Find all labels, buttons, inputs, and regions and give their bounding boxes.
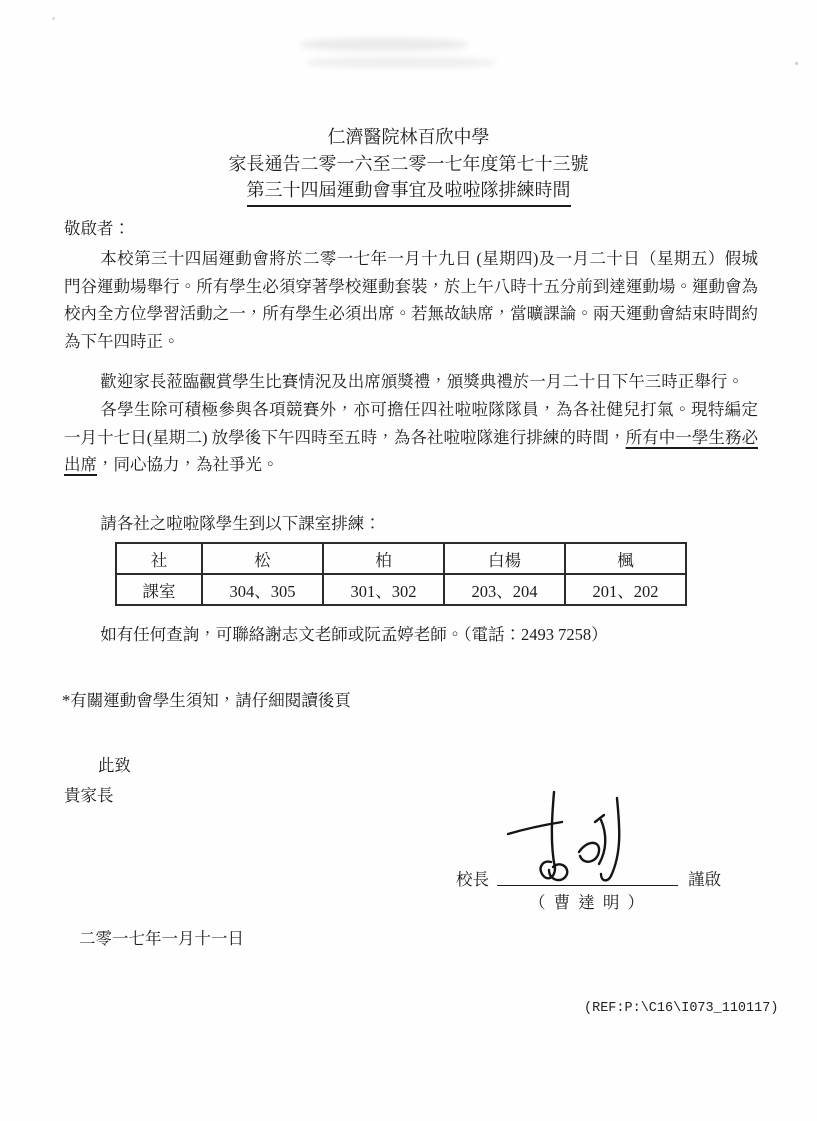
table-intro: 請各社之啦啦隊學生到以下課室排練： — [64, 510, 758, 538]
notice-header: 仁濟醫院林百欣中學 家長通告二零一六至二零一七年度第七十三號 第三十四屆運動會事… — [0, 124, 817, 207]
closing-this-to: 此致 — [98, 752, 131, 780]
principal-label: 校長 — [456, 866, 489, 894]
table-header-pine: 松 — [202, 543, 323, 574]
signature-line — [497, 868, 678, 886]
scan-smudge — [300, 38, 468, 51]
cheerleading-text-after: ，同心協力，為社爭光。 — [97, 455, 279, 474]
salutation: 敬啟者： — [64, 215, 130, 243]
paragraph-cheerleading: 各學生除可積極參與各項競賽外，亦可擔任四社啦啦隊隊員，為各社健兒打氣。現特編定一… — [64, 396, 758, 479]
table-cell-rooms-poplar: 203、204 — [444, 574, 565, 605]
scanned-notice-page: 仁濟醫院林百欣中學 家長通告二零一六至二零一七年度第七十三號 第三十四屆運動會事… — [0, 0, 817, 1121]
scan-smudge — [306, 57, 496, 68]
notice-date: 二零一七年一月十一日 — [79, 925, 244, 953]
enquiry-line: 如有任何查詢，可聯絡謝志文老師或阮孟婷老師。（電話：2493 7258） — [64, 621, 758, 649]
table-header-poplar: 白楊 — [444, 543, 565, 574]
table-header-row: 社 松 柏 白楊 楓 — [116, 543, 686, 574]
table-header-house: 社 — [116, 543, 202, 574]
table-cell-rooms-cypress: 301、302 — [323, 574, 444, 605]
note-line: *有關運動會學生須知，請仔細閱讀後頁 — [62, 687, 351, 715]
table-header-cypress: 柏 — [323, 543, 444, 574]
table-room-row: 課室 304、305 301、302 203、204 201、202 — [116, 574, 686, 605]
paragraph-sports-day-details: 本校第三十四屆運動會將於二零一七年一月十九日 (星期四)及一月二十日（星期五）假… — [64, 245, 758, 355]
notice-number: 家長通告二零一六至二零一七年度第七十三號 — [0, 151, 817, 178]
closing-recipient: 貴家長 — [64, 782, 114, 810]
table-cell-rooms-pine: 304、305 — [202, 574, 323, 605]
respectfully-label: 謹啟 — [688, 866, 721, 894]
footer-ref: (REF:P:\C16\I073_110117) — [584, 1001, 778, 1016]
principal-name: （ 曹 達 明 ） — [497, 889, 678, 917]
scan-speck — [52, 17, 55, 20]
table-cell-rooms-maple: 201、202 — [565, 574, 686, 605]
school-name: 仁濟醫院林百欣中學 — [0, 124, 817, 151]
table-header-maple: 楓 — [565, 543, 686, 574]
practice-room-table: 社 松 柏 白楊 楓 課室 304、305 301、302 203、204 20… — [115, 542, 687, 606]
paragraph-parents-invitation: 歡迎家長蒞臨觀賞學生比賽情況及出席頒獎禮，頒獎典禮於一月二十日下午三時正舉行。 — [64, 368, 758, 396]
notice-subject: 第三十四屆運動會事宜及啦啦隊排練時間 — [0, 177, 817, 207]
scan-speck — [795, 62, 798, 65]
notice-subject-text: 第三十四屆運動會事宜及啦啦隊排練時間 — [247, 177, 571, 207]
table-row-label: 課室 — [116, 574, 202, 605]
